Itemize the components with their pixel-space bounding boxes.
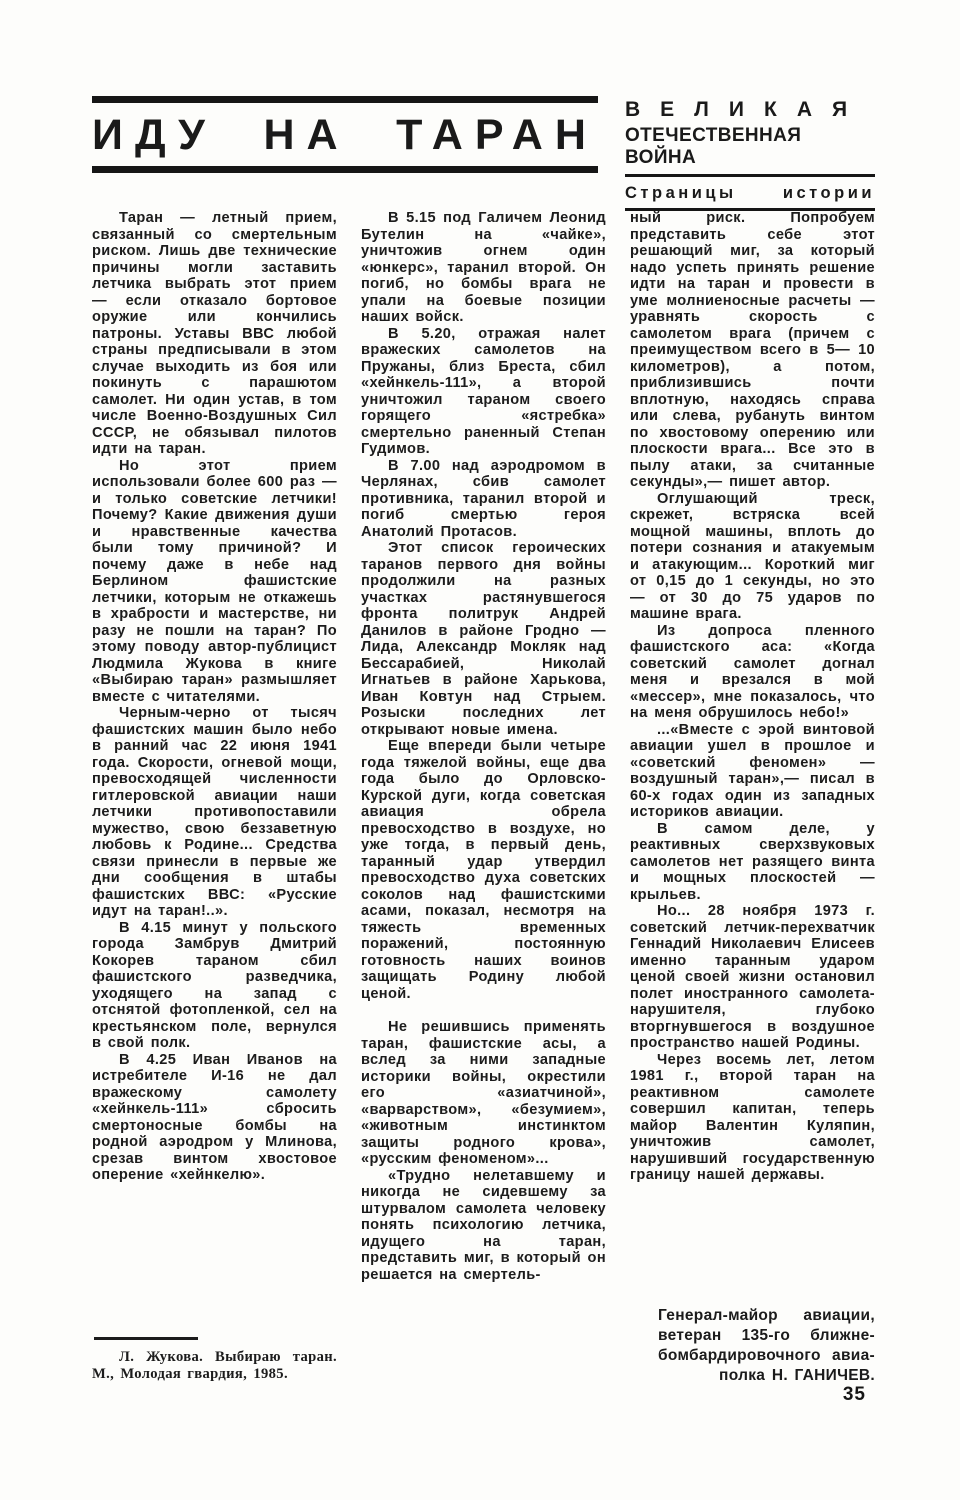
column-1: Таран — летный прием, связанный со смерт…	[92, 210, 337, 1382]
page-number: 35	[843, 1384, 866, 1406]
paragraph: ...«Вместе с эрой винтовой авиации ушел …	[630, 722, 875, 821]
paragraph: Из допроса пленного фашистского аса: «Ко…	[630, 623, 875, 722]
paragraph: В 4.25 Иван Иванов на истребителе И-16 н…	[92, 1052, 337, 1184]
paragraph: Через восемь лет, летом 1981 г., второй …	[630, 1052, 875, 1184]
footnote: Л. Жукова. Выбираю таран. М., Молодая гв…	[92, 1337, 337, 1382]
paragraph: Не решившись применять таран, фашистские…	[361, 1019, 606, 1168]
magazine-page: ИДУ НА ТАРАН ВЕЛИКАЯ ОТЕЧЕСТВЕННАЯ ВОЙНА…	[0, 0, 960, 1500]
paragraph: В самом деле, у реактивных сверхзвуковых…	[630, 821, 875, 904]
column-2: В 5.15 под Галичем Леонид Бутелин на «ча…	[361, 210, 606, 1386]
page-header: ИДУ НА ТАРАН ВЕЛИКАЯ ОТЕЧЕСТВЕННАЯ ВОЙНА…	[92, 96, 875, 211]
rubric-line-velikaya: ВЕЛИКАЯ	[625, 98, 875, 123]
paragraph: Но... 28 ноября 1973 г. советский летчик…	[630, 903, 875, 1052]
paragraph: Но этот прием использовали более 600 раз…	[92, 458, 337, 706]
article-title: ИДУ НА ТАРАН	[92, 111, 598, 160]
rubric-block: ВЕЛИКАЯ ОТЕЧЕСТВЕННАЯ ВОЙНА Страницы ист…	[625, 96, 875, 211]
column-1-text: Таран — летный прием, связанный со смерт…	[92, 210, 337, 1184]
paragraph: Еще впереди были четыре года тяжелой вой…	[361, 738, 606, 1002]
paragraph: В 5.20, отражая налет вражеских самолето…	[361, 326, 606, 458]
footnote-text: Л. Жукова. Выбираю таран. М., Молодая гв…	[92, 1349, 337, 1382]
signature-line: бомбардировочного авиа-	[658, 1346, 875, 1366]
column-3: ный риск. Попробуем представить себе это…	[630, 210, 875, 1386]
author-signature: Генерал-майор авиации,ветеран 135-го бли…	[630, 1306, 875, 1386]
rubric-line-stranitsy-istorii: Страницы истории	[625, 177, 875, 211]
paragraph: Черным-черно от тысяч фашистских машин б…	[92, 705, 337, 920]
paragraph: Этот список героических таранов первого …	[361, 540, 606, 738]
signature-line: Генерал-майор авиации,	[658, 1306, 875, 1326]
paragraph: В 7.00 над аэродромом в Черлянах, сбив с…	[361, 458, 606, 541]
paragraph: В 5.15 под Галичем Леонид Бутелин на «ча…	[361, 210, 606, 326]
footnote-separator	[94, 1337, 198, 1340]
column-3-text: ный риск. Попробуем представить себе это…	[630, 210, 875, 1184]
signature-line: ветеран 135-го ближне-	[658, 1326, 875, 1346]
paragraph: «Трудно нелетавшему и никогда не сидевше…	[361, 1168, 606, 1284]
paragraph: ный риск. Попробуем представить себе это…	[630, 210, 875, 491]
article-body: Таран — летный прием, связанный со смерт…	[92, 210, 875, 1386]
paragraph: В 4.15 минут у польского города Замбрув …	[92, 920, 337, 1052]
article-title-block: ИДУ НА ТАРАН	[92, 96, 598, 173]
paragraph: Таран — летный прием, связанный со смерт…	[92, 210, 337, 458]
rubric-line-otechestvennaya-voina: ОТЕЧЕСТВЕННАЯ ВОЙНА	[625, 123, 875, 177]
signature-line: полка Н. ГАНИЧЕВ.	[658, 1366, 875, 1386]
paragraph: Оглушающий треск, скрежет, встряска всей…	[630, 491, 875, 623]
